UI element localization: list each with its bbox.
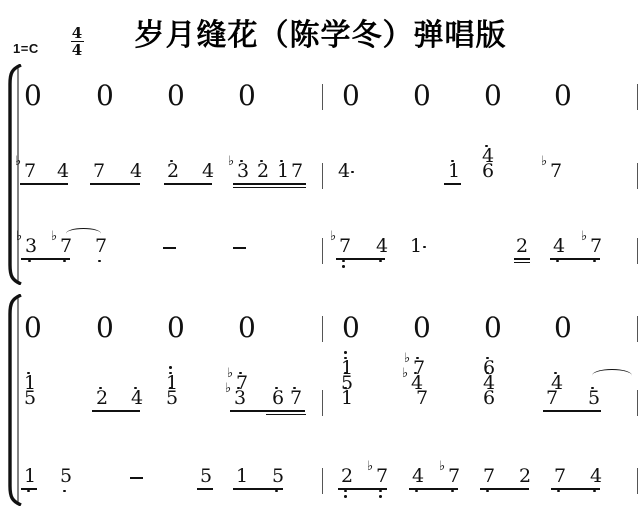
beam-underline: [409, 488, 458, 490]
flat-accidental: ♭: [330, 230, 336, 243]
beam-underline: [543, 410, 601, 412]
note-digit: 0: [484, 82, 502, 110]
note-digit: 7: [590, 237, 602, 256]
note-digit: 6: [482, 162, 494, 181]
barline: [637, 390, 638, 416]
barline: [637, 238, 638, 264]
flat-accidental: ♭: [15, 155, 21, 168]
note-digit: 7: [546, 389, 558, 408]
note-digit: 0: [484, 314, 502, 342]
note-digit: 5: [200, 467, 212, 486]
flat-accidental: ♭: [225, 382, 231, 395]
note-digit: 1: [277, 162, 289, 181]
note-digit: 5: [588, 389, 600, 408]
flat-accidental: ♭: [402, 367, 408, 380]
note-digit: 0: [24, 82, 42, 110]
note-digit: 7: [554, 467, 566, 486]
beam-underline: [21, 258, 70, 260]
note-digit: 1: [410, 237, 422, 256]
beam-underline: [233, 488, 283, 490]
barline: [637, 316, 638, 342]
note-digit: 0: [342, 82, 360, 110]
extension-dash: [163, 247, 176, 250]
octave-dot-below: [98, 260, 101, 263]
beam-underline: [551, 488, 600, 490]
barline: [637, 468, 638, 494]
beam-underline: [480, 488, 529, 490]
beam-underline: [514, 262, 530, 264]
beam-underline: [92, 410, 140, 412]
note-digit: 0: [238, 314, 256, 342]
note-digit: 7: [24, 162, 36, 181]
octave-dot-below: [451, 490, 454, 493]
octave-dot-below: [486, 490, 489, 493]
barline: [322, 390, 323, 416]
note-digit: 0: [238, 82, 256, 110]
note-digit: 7: [93, 162, 105, 181]
beam-underline: [233, 187, 306, 189]
note-digit: 4: [338, 162, 350, 181]
extension-dash: [130, 477, 143, 480]
note-digit: 5: [24, 389, 36, 408]
octave-dot-below: [275, 490, 278, 493]
note-digit: 0: [413, 314, 431, 342]
note-digit: 4: [590, 467, 602, 486]
barline: [322, 84, 323, 110]
octave-dot-below: [344, 495, 347, 498]
note-digit: 0: [554, 82, 572, 110]
note-digit: 7: [550, 162, 562, 181]
note-digit: 4: [130, 162, 142, 181]
sheet-music-page: 岁月缝花（陈学冬）弹唱版 1=C 4 4 000000007♭474243♭21…: [0, 0, 641, 507]
octave-dot-below: [556, 260, 559, 263]
flat-accidental: ♭: [16, 230, 22, 243]
beam-underline: [550, 258, 600, 260]
flat-accidental: ♭: [404, 352, 410, 365]
flat-accidental: ♭: [227, 367, 233, 380]
flat-accidental: ♭: [581, 230, 587, 243]
augmentation-dot: [351, 171, 354, 174]
barline: [322, 238, 323, 264]
note-digit: 6: [483, 389, 495, 408]
beam-underline: [164, 183, 212, 185]
slur-tie: [66, 228, 101, 239]
note-digit: 0: [167, 82, 185, 110]
octave-dot-above: [344, 351, 347, 354]
note-digit: 0: [96, 314, 114, 342]
note-digit: 1: [236, 467, 248, 486]
note-digit: 2: [257, 162, 269, 181]
note-digit: 6: [272, 389, 284, 408]
octave-dot-below: [379, 260, 382, 263]
octave-dot-below: [342, 260, 345, 263]
barline: [322, 468, 323, 494]
octave-dot-below: [63, 490, 66, 493]
octave-dot-below: [27, 490, 30, 493]
slur-tie: [592, 369, 632, 382]
note-digit: 4: [553, 237, 565, 256]
flat-accidental: ♭: [367, 460, 373, 473]
octave-dot-below: [593, 490, 596, 493]
flat-accidental: ♭: [439, 460, 445, 473]
note-digit: 4: [57, 162, 69, 181]
note-digit: 4: [202, 162, 214, 181]
beam-underline: [20, 183, 68, 185]
note-digit: 2: [516, 237, 528, 256]
score: 000000007♭474243♭21741467♭3♭7♭77♭41247♭0…: [0, 0, 641, 507]
octave-dot-below: [28, 260, 31, 263]
note-digit: 1: [341, 389, 353, 408]
note-digit: 4: [376, 237, 388, 256]
beam-underline: [197, 488, 213, 490]
note-digit: 1: [448, 162, 460, 181]
octave-dot-below: [63, 260, 66, 263]
beam-underline: [230, 410, 305, 412]
note-digit: 5: [272, 467, 284, 486]
note-digit: 5: [166, 389, 178, 408]
note-digit: 2: [167, 162, 179, 181]
octave-dot-below: [415, 490, 418, 493]
augmentation-dot: [423, 246, 426, 249]
note-digit: 0: [342, 314, 360, 342]
beam-underline: [21, 488, 37, 490]
octave-dot-below: [379, 490, 382, 493]
note-digit: 7: [376, 467, 388, 486]
note-digit: 0: [167, 314, 185, 342]
octave-dot-above: [169, 366, 172, 369]
note-digit: 2: [341, 467, 353, 486]
note-digit: 0: [96, 82, 114, 110]
note-digit: 7: [290, 389, 302, 408]
barline: [322, 316, 323, 342]
beam-underline: [266, 414, 306, 416]
note-digit: 7: [483, 467, 495, 486]
note-digit: 2: [519, 467, 531, 486]
note-digit: 4: [412, 467, 424, 486]
note-digit: 3: [237, 162, 249, 181]
beam-underline: [514, 258, 530, 260]
note-digit: 7: [95, 237, 107, 256]
beam-underline: [233, 183, 306, 185]
octave-dot-below: [379, 495, 382, 498]
extension-dash: [233, 247, 246, 250]
beam-underline: [90, 183, 140, 185]
note-digit: 0: [413, 82, 431, 110]
note-digit: 7: [448, 467, 460, 486]
note-digit: 0: [554, 314, 572, 342]
octave-dot-below: [557, 490, 560, 493]
flat-accidental: ♭: [541, 155, 547, 168]
note-digit: 1: [24, 467, 36, 486]
note-digit: 3: [25, 237, 37, 256]
note-digit: 7: [416, 389, 428, 408]
note-digit: 4: [131, 389, 143, 408]
flat-accidental: ♭: [228, 155, 234, 168]
note-digit: 7: [291, 162, 303, 181]
octave-dot-below: [342, 265, 345, 268]
barline: [322, 163, 323, 189]
flat-accidental: ♭: [51, 230, 57, 243]
beam-underline: [444, 183, 461, 185]
octave-dot-below: [593, 260, 596, 263]
note-digit: 7: [339, 237, 351, 256]
note-digit: 3: [234, 389, 246, 408]
octave-dot-below: [344, 490, 347, 493]
beam-underline: [336, 258, 385, 260]
note-digit: 0: [24, 314, 42, 342]
barline: [637, 163, 638, 189]
note-digit: 7: [60, 237, 72, 256]
barline: [637, 84, 638, 110]
note-digit: 2: [96, 389, 108, 408]
beam-underline: [338, 488, 387, 490]
note-digit: 5: [60, 467, 72, 486]
